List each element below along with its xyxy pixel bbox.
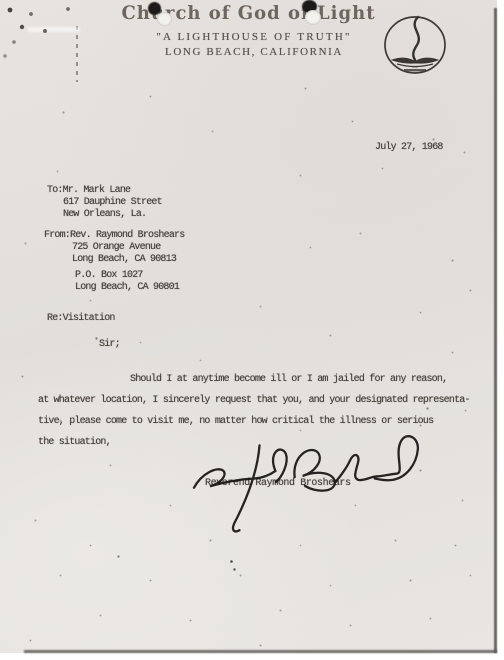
scan-streak-artifact (28, 27, 80, 32)
recipient-city: New Orleans, La. (47, 209, 162, 221)
scan-edge-bottom (24, 650, 497, 653)
body-line-4: the situation, (38, 437, 111, 448)
scan-edge-right (494, 8, 497, 653)
scanned-letter-page: Church of God of Light "A LIGHTHOUSE OF … (0, 0, 504, 660)
po-box-city: Long Beach, CA 90801 (75, 282, 179, 294)
body-line-2: at whatever location, I sincerely reques… (38, 395, 470, 406)
scan-line-artifact (76, 26, 78, 82)
punch-hole-right (305, 10, 321, 25)
paper-specks (0, 0, 1, 1)
sender-line: From:Rev. Raymond Broshears (44, 230, 184, 242)
lamp-of-truth-logo-icon (382, 14, 448, 77)
po-box-block: P.O. Box 1027 Long Beach, CA 90801 (75, 270, 179, 294)
po-box-line: P.O. Box 1027 (75, 270, 179, 282)
body-line-3: tive, please come to visit me, no matter… (38, 416, 433, 427)
salutation: Sir; (99, 339, 120, 350)
recipient-line: To:Mr. Mark Lane (47, 185, 162, 197)
sender-address-block: From:Rev. Raymond Broshears 725 Orange A… (44, 230, 184, 266)
handwritten-signature (180, 432, 423, 542)
date-line: July 27, 1968 (375, 142, 443, 153)
letter-paper: Church of God of Light "A LIGHTHOUSE OF … (0, 0, 497, 653)
body-line-1: Should I at anytime become ill or I am j… (130, 374, 447, 385)
sender-city: Long Beach, CA 90813 (44, 254, 184, 266)
subject-line: Re:Visitation (47, 313, 115, 324)
sender-street: 725 Orange Avenue (44, 242, 184, 254)
recipient-address-block: To:Mr. Mark Lane 617 Dauphine Street New… (47, 185, 162, 221)
recipient-street: 617 Dauphine Street (47, 197, 162, 209)
punch-hole-left (157, 12, 172, 26)
